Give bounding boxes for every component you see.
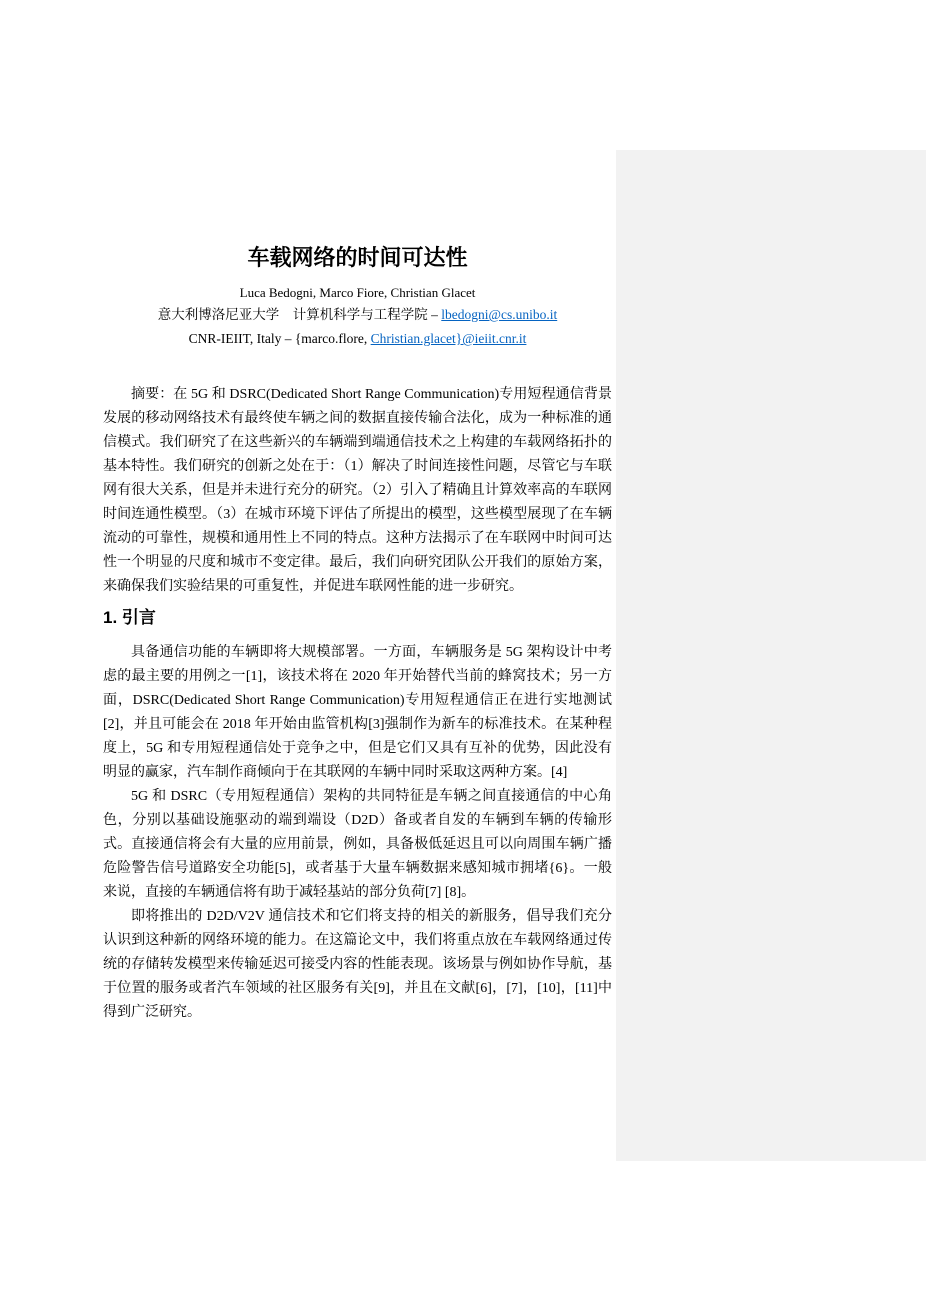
affiliation-line-1: 意大利博洛尼亚大学 计算机科学与工程学院 – lbedogni@cs.unibo… xyxy=(103,303,612,327)
email-link-unibo[interactable]: lbedogni@cs.unibo.it xyxy=(441,307,557,322)
affiliation-2-text: CNR-IEIIT, Italy – {marco.flore, xyxy=(189,331,371,346)
body-paragraph: 具备通信功能的车辆即将大规模部署。一方面，车辆服务是 5G 架构设计中考虑的最主… xyxy=(103,641,612,785)
section-heading-introduction: 1. 引言 xyxy=(103,607,612,629)
email-link-ieiit[interactable]: Christian.glacet}@ieiit.cnr.it xyxy=(371,331,527,346)
document-content: 车载网络的时间可达性 Luca Bedogni, Marco Fiore, Ch… xyxy=(103,0,612,1025)
authors-line: Luca Bedogni, Marco Fiore, Christian Gla… xyxy=(103,283,612,303)
document-page: 车载网络的时间可达性 Luca Bedogni, Marco Fiore, Ch… xyxy=(0,0,926,1309)
affiliation-line-2: CNR-IEIIT, Italy – {marco.flore, Christi… xyxy=(103,327,612,351)
paper-title: 车载网络的时间可达性 xyxy=(103,246,612,269)
body-paragraph: 5G 和 DSRC（专用短程通信）架构的共同特征是车辆之间直接通信的中心角色，分… xyxy=(103,785,612,905)
body-paragraph: 即将推出的 D2D/V2V 通信技术和它们将支持的相关的新服务，倡导我们充分认识… xyxy=(103,905,612,1025)
affiliation-1-text: 意大利博洛尼亚大学 计算机科学与工程学院 – xyxy=(158,307,442,322)
abstract-paragraph: 摘要：在 5G 和 DSRC(Dedicated Short Range Com… xyxy=(103,383,612,599)
viewer-gray-panel xyxy=(616,150,926,1161)
